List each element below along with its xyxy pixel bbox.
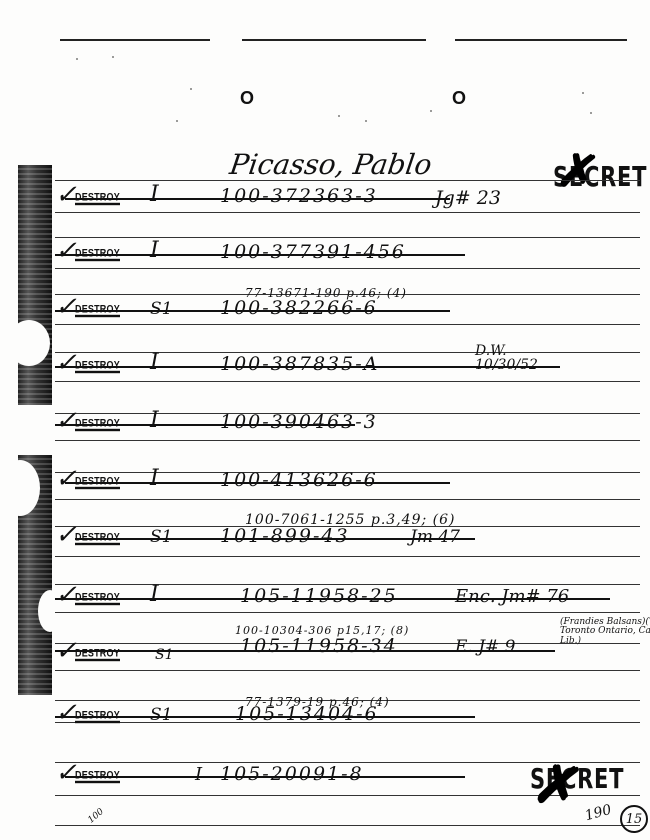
- entry-row: ✓ DESTROY I 100-390463-3: [55, 384, 640, 440]
- checkmark-icon: ✓: [55, 238, 77, 264]
- entry-row: ✓ DESTROY S1 100-10304-306 p15,17; (8) 1…: [55, 614, 640, 670]
- file-number: 101-899-43: [220, 527, 350, 546]
- entry-note: Enc. Jm# 76: [455, 588, 569, 606]
- binding-strip: [18, 165, 52, 405]
- binding-hole: [0, 460, 40, 516]
- entry-class: I: [195, 766, 202, 784]
- checkmark-icon: ✓: [55, 466, 77, 492]
- checkmark-icon: ✓: [55, 408, 77, 434]
- file-number: 105-11958-34: [240, 637, 398, 656]
- entry-class: I: [150, 352, 159, 374]
- entry-class: I: [150, 240, 159, 262]
- entry-row: ✓ DESTROY S1 77-1379-19 p.46; (4) 105-13…: [55, 676, 640, 732]
- top-rule: [455, 39, 627, 41]
- checkmark-icon: ✓: [55, 294, 77, 320]
- file-number: 105-13404-6: [235, 705, 379, 724]
- file-number: 100-382266-6: [220, 299, 378, 318]
- checkmark-icon: ✓: [55, 760, 77, 786]
- binding-hole: [8, 320, 50, 366]
- file-number: 100-372363-3: [220, 187, 378, 206]
- entry-class: I: [150, 184, 159, 206]
- entry-row: ✓ DESTROY I 100-377391-456: [55, 214, 640, 270]
- checkmark-icon: ✓: [55, 522, 77, 548]
- file-number: 100-390463-3: [220, 413, 378, 432]
- punch-hole-mark: O: [452, 88, 466, 109]
- checkmark-icon: ✓: [55, 700, 77, 726]
- file-number: 100-377391-456: [220, 243, 406, 262]
- entry-row: ✓ DESTROY I 100-413626-6: [55, 442, 640, 498]
- entry-note: E. J# 9: [455, 639, 516, 656]
- destroy-stamp: DESTROY: [75, 647, 120, 661]
- checkmark-icon: ✓: [55, 350, 77, 376]
- entry-class: I: [150, 468, 159, 490]
- entry-row: ✓ DESTROY I 105-11958-25 Enc. Jm# 76: [55, 558, 640, 614]
- side-annotation: (Frandies Balsans)(The Toronto Ontario, …: [560, 618, 650, 646]
- entry-row: ✓ DESTROY S1 100-7061-1255 p.3,49; (6) 1…: [55, 498, 640, 554]
- checkmark-icon: ✓: [55, 582, 77, 608]
- circled-number: 15: [620, 805, 648, 833]
- scanned-index-card: O O Picasso, Pablo SECRET ✗ ✓ DESTROY I: [0, 0, 650, 840]
- entry-class: I: [150, 584, 159, 606]
- entry-row: ✓ DESTROY I 100-387835-A D.W. 10/30/52: [55, 326, 640, 382]
- corner-note: 100: [87, 808, 106, 826]
- file-number: 100-413626-6: [220, 471, 378, 490]
- top-rule: [60, 39, 210, 41]
- file-number: 100-387835-A: [220, 355, 379, 374]
- top-rule: [242, 39, 426, 41]
- checkmark-icon: ✓: [55, 182, 77, 208]
- entry-row: ✓ DESTROY S1 77-13671-190 p.46; (4) 100-…: [55, 270, 640, 326]
- classification-strike-mark: ✗: [530, 754, 588, 819]
- punch-hole-mark: O: [240, 88, 254, 109]
- entry-row: ✓ DESTROY I 100-372363-3 Jg# 23: [55, 158, 640, 214]
- file-number: 105-20091-8: [220, 765, 364, 784]
- entry-class: I: [150, 410, 159, 432]
- file-number: 105-11958-25: [240, 587, 398, 606]
- page-number: 190: [584, 803, 614, 824]
